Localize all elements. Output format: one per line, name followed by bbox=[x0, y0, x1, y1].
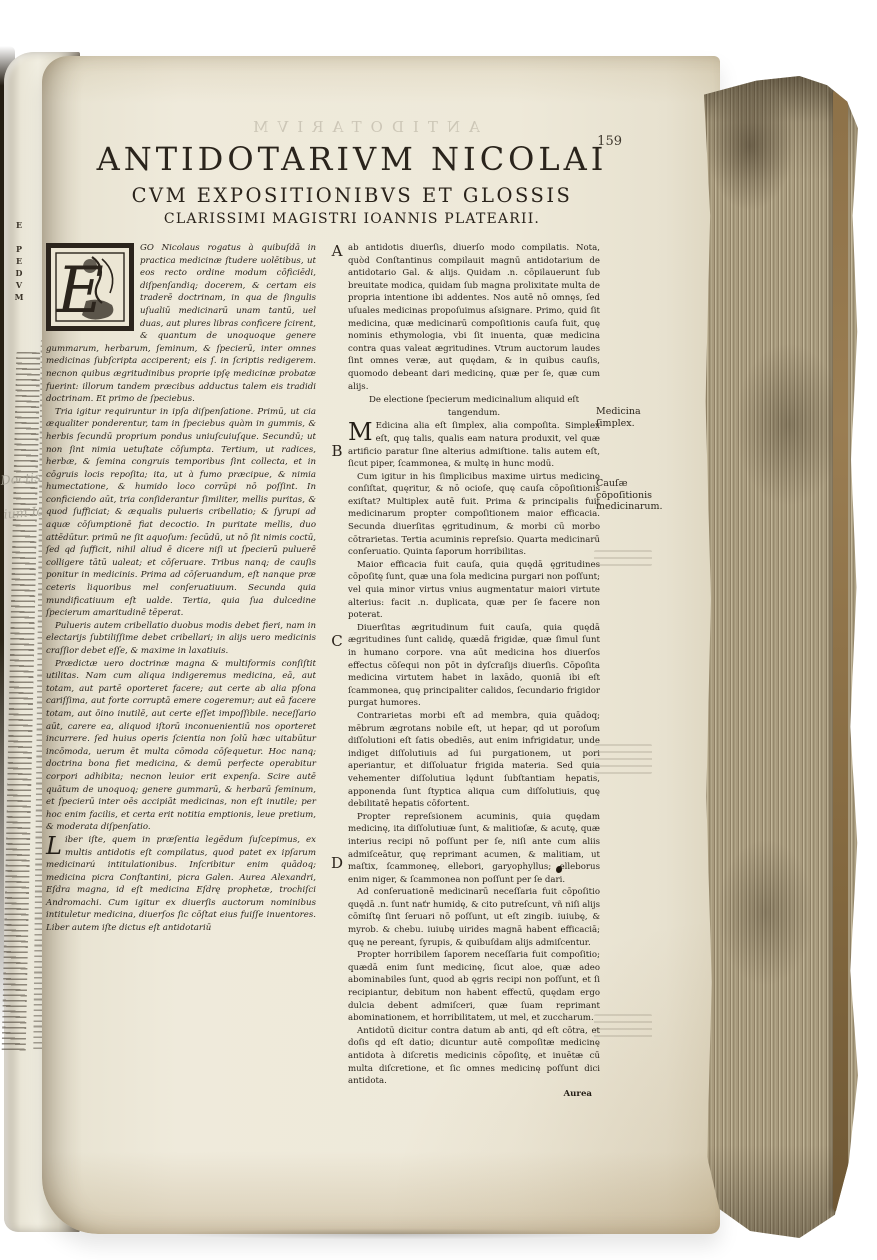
book-page: ANTIDOTARIVM 159 ANTIDOTARIVM NICOLAI CV… bbox=[42, 56, 720, 1234]
paragraph-text: iber iſte, quem in præſentia legēdum ſuſ… bbox=[46, 835, 316, 933]
book-cover-edge bbox=[833, 90, 848, 1211]
section-letter-B: B bbox=[326, 442, 348, 460]
catchword: Aurea bbox=[348, 1088, 600, 1101]
book-shadow bbox=[70, 1226, 710, 1242]
page-author-line: CLARISSIMI MAGISTRI IOANNIS PLATEARII. bbox=[42, 211, 662, 227]
right-text-column: ab antidotis diuerſis, diuerſo modo comp… bbox=[348, 242, 600, 1100]
paragraph: Propter horribilem ſaporem neceſſaria fu… bbox=[348, 949, 600, 1025]
left-text-column: E GO Nicolaus rogatus à quibuſdā in prac… bbox=[46, 242, 316, 935]
fore-edge-pages bbox=[704, 76, 858, 1238]
paragraph-text: Edicina alia eſt ſimplex, alia compoſita… bbox=[348, 421, 600, 469]
paragraph: Diuerſitas ægritudinum fuit cauſa, quia … bbox=[348, 622, 600, 710]
dropcap-L: L bbox=[46, 834, 65, 858]
paragraph: Pulueris autem cribellatio duobus modis … bbox=[46, 620, 316, 658]
paragraph: Prædictæ uero doctrinæ magna & multiform… bbox=[46, 658, 316, 834]
margin-note: Medicina ſimplex. bbox=[596, 406, 658, 429]
paragraph: Tria igitur requiruntur in ipſa diſpenſa… bbox=[46, 406, 316, 620]
page-subtitle: CVM EXPOSITIONIBVS ET GLOSSIS bbox=[42, 184, 662, 207]
paragraph: Contrarietas morbi eſt ad membra, quia q… bbox=[348, 710, 600, 811]
svg-text:E: E bbox=[56, 254, 104, 328]
section-heading: De electione ſpecierum medicinalium aliq… bbox=[356, 394, 592, 419]
section-letter-A: A bbox=[326, 242, 348, 260]
section-letter-D: D bbox=[326, 854, 348, 872]
paragraph: Propter repreſsionem acuminis, quia quęd… bbox=[348, 811, 600, 887]
paragraph: M Edicina alia eſt ſimplex, alia compoſi… bbox=[348, 420, 600, 470]
showthrough-margin-note bbox=[594, 550, 652, 566]
paragraph: Maior efficacia fuit cauſa, quia quędā ę… bbox=[348, 559, 600, 622]
margin-note: Cauſæ cōpoſitionis medicinarum. bbox=[596, 478, 658, 513]
showthrough-margin-note bbox=[594, 744, 652, 774]
paragraph: Antidotū dicitur contra datum ab anti, q… bbox=[348, 1025, 600, 1088]
section-letter-C: C bbox=[326, 632, 348, 650]
page-title: ANTIDOTARIVM NICOLAI bbox=[42, 140, 662, 178]
showthrough-margin-note bbox=[594, 1014, 652, 1038]
paragraph: Cum igitur in his ſimplicibus maxime uir… bbox=[348, 471, 600, 559]
book-photograph: E PEDVM Doctis fam ium Ioann ANTIDOTARIV… bbox=[0, 0, 877, 1260]
previous-page-running-title: E PEDVM bbox=[14, 220, 24, 304]
woodcut-initial-E: E bbox=[46, 243, 134, 331]
paragraph: E GO Nicolaus rogatus à quibuſdā in prac… bbox=[46, 242, 316, 406]
dropcap-M: M bbox=[348, 420, 376, 444]
paragraph: ab antidotis diuerſis, diuerſo modo comp… bbox=[348, 242, 600, 393]
paragraph: Ad conſeruationē medicinarū neceſſaria f… bbox=[348, 886, 600, 949]
paragraph: L iber iſte, quem in præſentia legēdum ſ… bbox=[46, 834, 316, 935]
